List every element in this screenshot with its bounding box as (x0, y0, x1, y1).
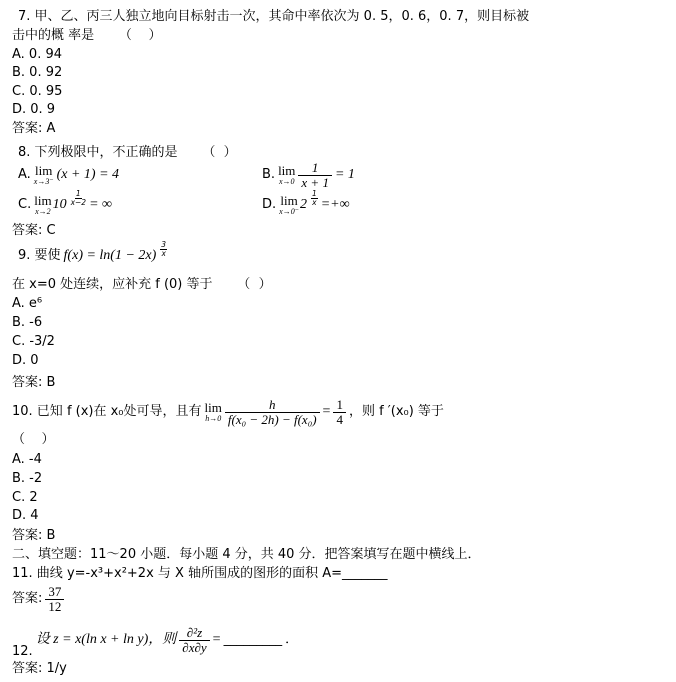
q8-header: 8. 下列极限中，不正确的是 （ ） (18, 145, 237, 161)
q7-option-b: B. 0. 92 (12, 65, 62, 81)
q7-option-c: C. 0. 95 (12, 84, 62, 100)
q11-text: 11. 曲线 y=-x³+x²+2x 与 X 轴所围成的图形的面积 A=____… (12, 566, 388, 582)
exponent-denominator: x (161, 250, 165, 258)
fraction-numerator: 1 (309, 161, 322, 175)
exam-page: 7. 甲、乙、丙三人独立地向目标射击一次，其命中率依次为 0. 5，0. 6，0… (0, 0, 676, 682)
q10-limit: limh→0 (205, 401, 222, 423)
q12-period: ． (285, 632, 298, 648)
fraction-denominator: 4 (333, 412, 346, 427)
q8-option-c-label: C. (18, 197, 31, 213)
q10-option-d: D. 4 (12, 508, 39, 524)
q12-partial-fraction: ∂²z∂x∂y (179, 626, 209, 655)
fraction-denominator: x + 1 (298, 175, 332, 190)
q10-fraction-quarter: 14 (333, 398, 346, 427)
q10-paren: （ ） (12, 432, 55, 448)
q7-option-d: D. 0. 9 (12, 102, 55, 118)
q8-option-d-label: D. (262, 197, 276, 213)
lim-subscript: x→0⁻ (279, 207, 299, 216)
q8-option-d-base: 2 (300, 197, 307, 213)
q8-option-b-tail: = 1 (335, 167, 355, 183)
q9-text-line1: 9. 要使 f(x) = ln(1 − 2x) 3x (18, 243, 167, 269)
q8-option-b-label: B. (262, 167, 275, 183)
q8-option-a-limit: limx→3⁻ (34, 164, 54, 186)
fraction-numerator: 1 (333, 398, 346, 412)
q8-option-d: D. limx→0⁻ 2 1x =+∞ (262, 190, 350, 220)
exponent-denominator: x (312, 199, 316, 207)
q12-expression: 设 z = x(ln x + ln y)，则 (36, 632, 177, 648)
lim-subscript: x→0 (279, 177, 295, 186)
q10-text-line1: 10. 已知 f (x)在 x₀处可导，且有 limh→0 hf(x₀ − 2h… (12, 396, 444, 428)
q9-exponent: 3x (160, 241, 167, 258)
q9-text-line2: 在 x=0 处连续，应补充 f (0) 等于 （ ） (12, 277, 272, 293)
lim-word: lim (278, 164, 295, 177)
q10-prefix: 10. 已知 f (x)在 x₀处可导，且有 (12, 404, 202, 420)
q8-option-c-limit: limx→2 (34, 194, 51, 216)
q9-option-d: D. 0 (12, 353, 39, 369)
q8-option-d-exponent: 1x (311, 190, 318, 207)
q12-answer: 答案: 1/y (12, 661, 67, 677)
q9-prefix: 9. 要使 (18, 248, 61, 264)
q12-blank-line: _________ (224, 632, 283, 648)
q9-function: f(x) = ln(1 − 2x) (64, 248, 157, 264)
q7-text-line2: 击中的概 率是 （ ） (12, 28, 161, 44)
q8-option-a-label: A. (18, 167, 31, 183)
q8-option-c: C. limx→2 10 1x−2 = ∞ (18, 190, 112, 220)
lim-subscript: h→0 (205, 414, 221, 423)
fraction-numerator: h (266, 398, 279, 412)
q10-option-b: B. -2 (12, 471, 42, 487)
q10-option-c: C. 2 (12, 490, 38, 506)
q8-option-a-expression: (x + 1) = 4 (57, 167, 119, 183)
q9-answer: 答案: B (12, 375, 55, 391)
fraction-denominator: 12 (45, 599, 64, 614)
lim-word: lim (205, 401, 222, 414)
q7-option-a: A. 0. 94 (12, 47, 62, 63)
lim-subscript: x→3⁻ (34, 177, 54, 186)
lim-word: lim (35, 164, 52, 177)
fraction-numerator: 37 (45, 585, 64, 599)
q9-option-a: A. e⁶ (12, 296, 42, 312)
section2-header: 二、填空题：11～20 小题．每小题 4 分，共 40 分．把答案填写在题中横线… (12, 547, 481, 563)
fraction-denominator: f(x₀ − 2h) − f(x₀) (225, 412, 320, 427)
q7-text-line1: 7. 甲、乙、丙三人独立地向目标射击一次，其命中率依次为 0. 5，0. 6，0… (18, 9, 529, 25)
q8-option-b: B. limx→0 1x + 1 = 1 (262, 160, 355, 190)
q12-number: 12. (12, 644, 33, 660)
q11-answer-fraction: 3712 (45, 585, 64, 614)
q12-equals: = (213, 632, 221, 648)
q11-answer: 答案: 3712 (12, 583, 64, 615)
q10-answer: 答案: B (12, 528, 55, 544)
q8-option-c-exponent: 1x−2 (71, 190, 87, 207)
q8-option-a: A. limx→3⁻ (x + 1) = 4 (18, 160, 119, 190)
q8-option-b-fraction: 1x + 1 (298, 161, 332, 190)
q9-option-c: C. -3/2 (12, 334, 55, 350)
fraction-numerator: ∂²z (184, 626, 205, 640)
q11-answer-label: 答案: (12, 591, 42, 607)
q8-option-c-tail: = ∞ (89, 197, 112, 213)
q8-option-d-tail: =+∞ (321, 197, 350, 213)
lim-word: lim (280, 194, 297, 207)
q8-answer: 答案: C (12, 223, 56, 239)
q10-fraction-main: hf(x₀ − 2h) − f(x₀) (225, 398, 320, 427)
q10-option-a: A. -4 (12, 452, 42, 468)
fraction-denominator: ∂x∂y (179, 640, 209, 655)
q8-option-c-base: 10 (53, 197, 67, 213)
q10-equals: = (323, 404, 331, 420)
q9-option-b: B. -6 (12, 315, 42, 331)
q10-tail: ，则 f ′(x₀) 等于 (349, 404, 444, 420)
lim-subscript: x→2 (35, 207, 51, 216)
q7-answer: 答案: A (12, 121, 55, 137)
q8-option-b-limit: limx→0 (278, 164, 295, 186)
exponent-denominator: x−2 (71, 199, 87, 207)
q8-option-d-limit: limx→0⁻ (279, 194, 299, 216)
lim-word: lim (34, 194, 51, 207)
q12-text: 12. 设 z = x(ln x + ln y)，则 ∂²z∂x∂y = ___… (12, 624, 298, 656)
